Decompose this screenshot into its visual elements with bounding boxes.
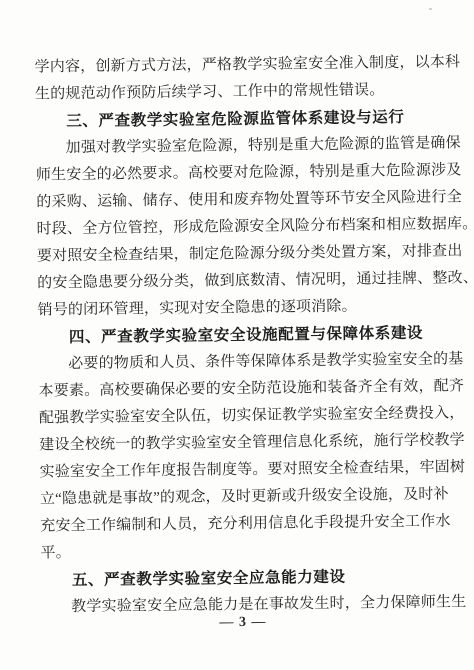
text-line: 的安全隐患要分级分类，做到底数清、情况明，通过挂牌、整改、	[37, 266, 440, 298]
text-lines-container: 学内容，创新方式方法，严格教学实验室安全准入制度，以本科生的规范动作预防后续学习…	[34, 50, 444, 622]
text-line: 充安全工作编制和人员，充分利用信息化手段提升安全工作水	[40, 509, 443, 541]
document-text-block: 学内容，创新方式方法，严格教学实验室安全准入制度，以本科生的规范动作预防后续学习…	[34, 50, 444, 637]
scan-speck	[429, 8, 432, 10]
document-page: 学内容，创新方式方法，严格教学实验室安全准入制度，以本科生的规范动作预防后续学习…	[0, 0, 474, 670]
